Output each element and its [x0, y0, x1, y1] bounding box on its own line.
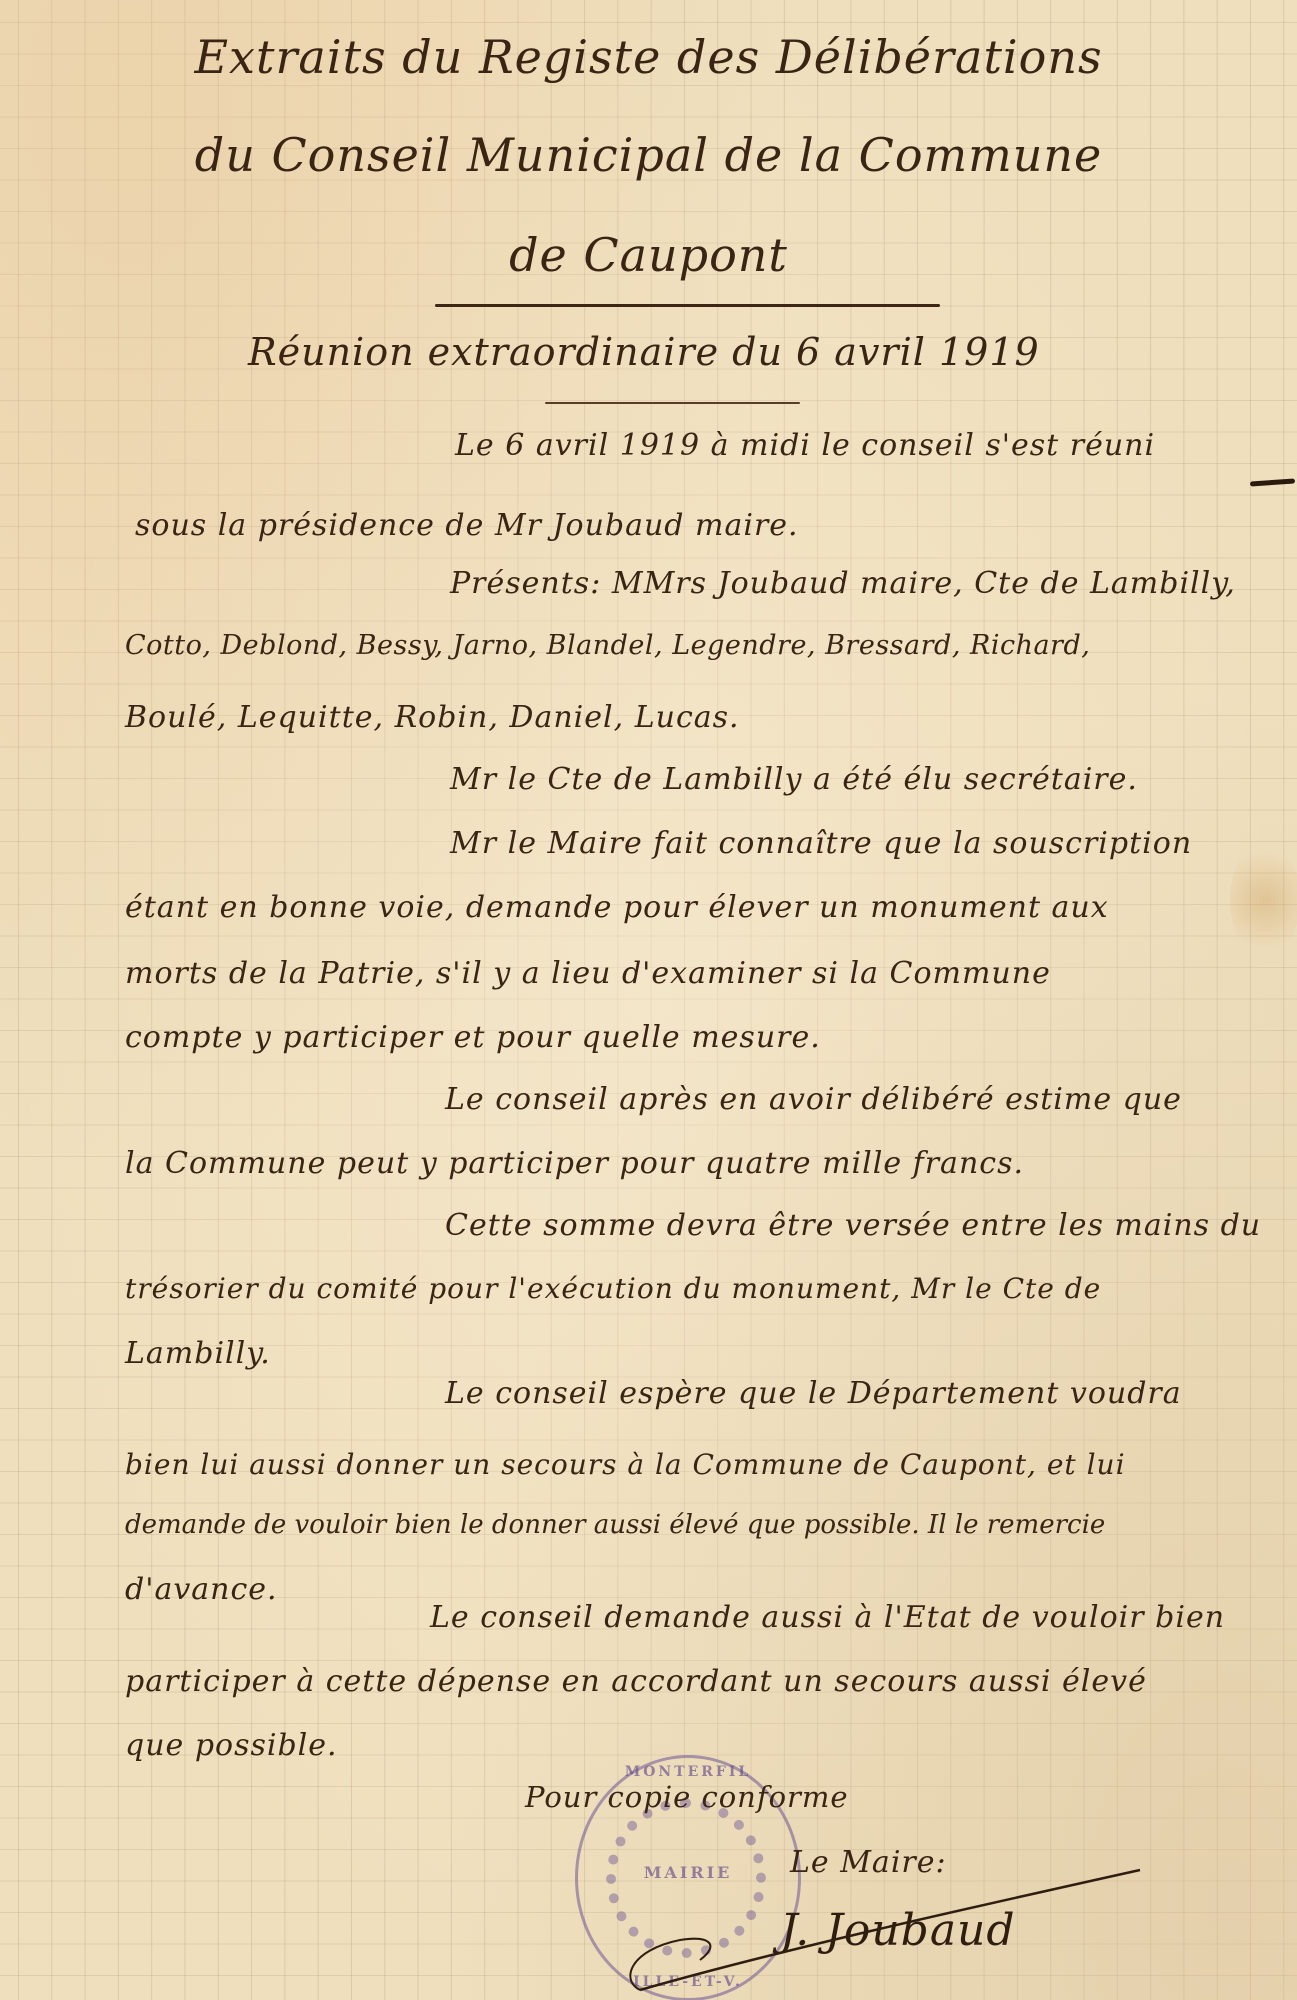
text-line: participer à cette dépense en accordant …: [125, 1664, 1147, 1699]
text-line: compte y participer et pour quelle mesur…: [125, 1020, 821, 1055]
meeting-title-underline: [545, 402, 800, 404]
text-line: Cette somme devra être versée entre les …: [445, 1208, 1261, 1243]
text-line: sous la présidence de Mr Joubaud maire.: [135, 508, 799, 543]
header-line-3: de Caupont: [0, 228, 1297, 282]
text-line: Le 6 avril 1919 à midi le conseil s'est …: [455, 428, 1155, 463]
text-line: trésorier du comité pour l'exécution du …: [125, 1272, 1101, 1305]
document-page: Extraits du Registe des Délibérations du…: [0, 0, 1297, 2000]
text-line: que possible.: [125, 1728, 338, 1763]
title-underline: [435, 304, 940, 307]
text-line: Lambilly.: [125, 1336, 271, 1371]
text-line: morts de la Patrie, s'il y a lieu d'exam…: [125, 956, 1051, 991]
text-line: bien lui aussi donner un secours à la Co…: [125, 1448, 1126, 1481]
text-line: Cotto, Deblond, Bessy, Jarno, Blandel, L…: [125, 630, 1090, 661]
text-line: Présents: MMrs Joubaud maire, Cte de Lam…: [450, 566, 1236, 601]
paper-stain: [1230, 840, 1297, 960]
text-line: Le conseil après en avoir délibéré estim…: [445, 1082, 1182, 1117]
text-line: demande de vouloir bien le donner aussi …: [125, 1510, 1105, 1540]
text-line: Le conseil espère que le Département vou…: [445, 1376, 1182, 1411]
margin-mark: [1250, 478, 1295, 486]
meeting-title: Réunion extraordinaire du 6 avril 1919: [248, 330, 1040, 374]
text-line: Mr le Cte de Lambilly a été élu secrétai…: [450, 762, 1138, 797]
header-line-1: Extraits du Registe des Délibérations: [0, 30, 1297, 84]
stamp-top-text: MONTERFIL: [578, 1764, 798, 1780]
text-line: Le conseil demande aussi à l'Etat de vou…: [430, 1600, 1225, 1635]
text-line: Mr le Maire fait connaître que la souscr…: [450, 826, 1192, 861]
text-line: étant en bonne voie, demande pour élever…: [125, 890, 1109, 925]
signature-flourish-icon: [600, 1830, 1160, 2000]
header-line-2: du Conseil Municipal de la Commune: [0, 128, 1297, 182]
text-line: d'avance.: [125, 1572, 278, 1607]
text-line: Boulé, Lequitte, Robin, Daniel, Lucas.: [125, 700, 740, 735]
certification-text: Pour copie conforme: [525, 1780, 849, 1814]
text-line: la Commune peut y participer pour quatre…: [125, 1146, 1024, 1181]
